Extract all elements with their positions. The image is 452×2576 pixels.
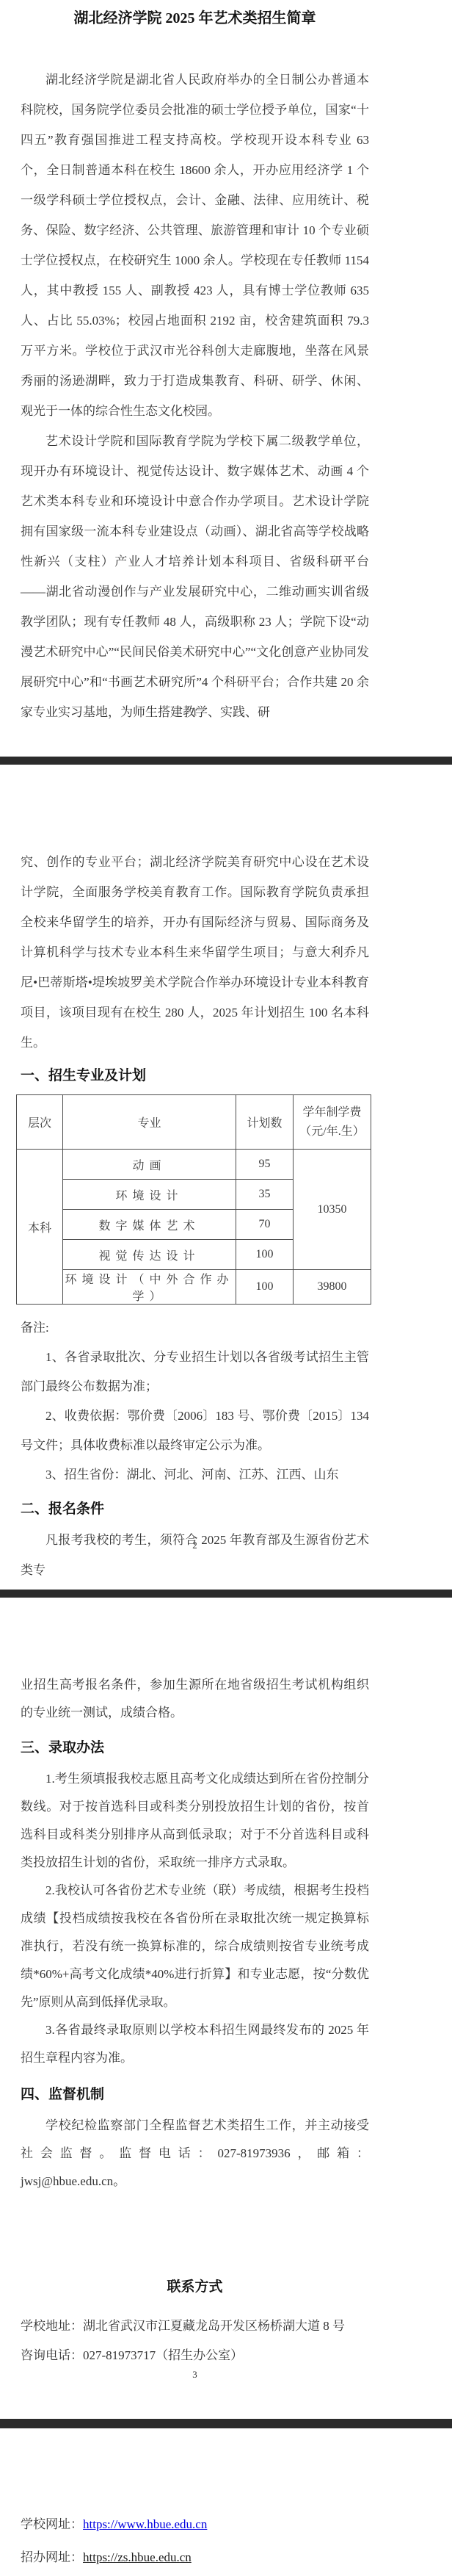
admissions-website-line: 招办网址：https://zs.hbue.edu.cn <box>21 2541 369 2574</box>
note-3: 3、招生省份：湖北、河北、河南、江苏、江西、山东 <box>21 1460 369 1490</box>
header-level: 层次 <box>17 1095 63 1150</box>
cell-major-0: 动画 <box>63 1150 236 1180</box>
section-heading-enrollment-plan: 一、招生专业及计划 <box>21 1065 369 1087</box>
contact-heading: 联系方式 <box>21 2276 369 2298</box>
application-paragraph: 凡报考我校的考生，须符合 2025 年教育部及生源省份艺术类专 <box>21 1525 369 1585</box>
header-fee: 学年制学费 （元/年.生） <box>294 1095 371 1150</box>
cell-level: 本科 <box>17 1150 63 1305</box>
supervision-paragraph: 学校纪检监察部门全程监督艺术类招生工作，并主动接受社会监督。监督电话：027-8… <box>21 2112 369 2196</box>
admission-item-1: 1.考生须填报我校志愿且高考文化成绩达到所在省份控制分数线。对于按首选科目或科类… <box>21 1765 369 1877</box>
section-heading-admission-method: 三、录取办法 <box>21 1737 369 1759</box>
cell-major-4: 环境设计（中外合作办学） <box>63 1270 236 1305</box>
cell-plan-4: 100 <box>236 1270 294 1305</box>
cell-plan-2: 70 <box>236 1210 294 1240</box>
cell-plan-3: 100 <box>236 1240 294 1270</box>
school-website-link[interactable]: https://www.hbue.edu.cn <box>83 2517 207 2531</box>
section-heading-supervision: 四、监督机制 <box>21 2084 369 2106</box>
cell-major-1: 环境设计 <box>63 1180 236 1210</box>
cell-major-2: 数字媒体艺术 <box>63 1210 236 1240</box>
document-title: 湖北经济学院 2025 年艺术类招生简章 <box>21 0 369 28</box>
continued-paragraph: 业招生高考报名条件，参加生源所在地省级招生考试机构组织的专业统一测试，成绩合格。 <box>21 1671 369 1727</box>
admissions-website-label: 招办网址： <box>21 2550 83 2564</box>
page-separator <box>0 2419 452 2428</box>
college-paragraph: 艺术设计学院和国际教育学院为学校下属二级教学单位，现开办有环境设计、视觉传达设计… <box>21 426 369 727</box>
notes-label: 备注: <box>21 1313 369 1343</box>
enrollment-plan-table: 层次 专业 计划数 学年制学费 （元/年.生） 本科 动画 95 10350 环… <box>16 1094 371 1305</box>
continued-paragraph: 究、创作的专业平台；湖北经济学院美育研究中心设在艺术设计学院，全面服务学校美育教… <box>21 847 369 1058</box>
page-separator <box>0 1590 452 1598</box>
intro-paragraph: 湖北经济学院是湖北省人民政府举办的全日制公办普通本科院校，国务院学位委员会批准的… <box>21 65 369 426</box>
table-header-row: 层次 专业 计划数 学年制学费 （元/年.生） <box>17 1095 371 1150</box>
document-viewer: 湖北经济学院 2025 年艺术类招生简章 湖北经济学院是湖北省人民政府举办的全日… <box>0 0 452 2576</box>
cell-plan-1: 35 <box>236 1180 294 1210</box>
header-fee-line2: （元/年.生） <box>295 1122 369 1141</box>
admission-item-2: 2.我校认可各省份艺术专业统（联）考成绩，根据考生投档成绩【投档成绩按我校在各省… <box>21 1877 369 2016</box>
cell-plan-0: 95 <box>236 1150 294 1180</box>
admission-item-3: 3.各省最终录取原则以学校本科招生网最终发布的 2025 年招生章程内容为准。 <box>21 2016 369 2072</box>
page-3: 业招生高考报名条件，参加生源所在地省级招生考试机构组织的专业统一测试，成绩合格。… <box>0 1598 452 2419</box>
page-number: 2 <box>21 1540 369 1551</box>
inquiry-phone: 咨询电话：027-81973717（招生办公室） <box>21 2341 369 2370</box>
cell-fee-coop: 39800 <box>294 1270 371 1305</box>
school-website-label: 学校网址： <box>21 2517 83 2531</box>
header-fee-line1: 学年制学费 <box>295 1103 369 1122</box>
note-2: 2、收费依据：鄂价费〔2006〕183 号、鄂价费〔2015〕134 号文件；具… <box>21 1401 369 1460</box>
school-address: 学校地址：湖北省武汉市江夏藏龙岛开发区杨桥湖大道 8 号 <box>21 2312 369 2341</box>
header-major: 专业 <box>63 1095 236 1150</box>
note-1: 1、各省录取批次、分专业招生计划以各省级考试招生主管部门最终公布数据为准； <box>21 1343 369 1401</box>
table-row: 环境设计（中外合作办学） 100 39800 <box>17 1270 371 1305</box>
page-4: 学校网址：https://www.hbue.edu.cn 招办网址：https:… <box>0 2428 452 2576</box>
cell-fee-main: 10350 <box>294 1150 371 1270</box>
section-heading-application: 二、报名条件 <box>21 1498 369 1520</box>
page-number: 3 <box>21 2369 369 2381</box>
page-number: 1 <box>21 707 369 718</box>
page-separator <box>0 757 452 765</box>
page-2: 究、创作的专业平台；湖北经济学院美育研究中心设在艺术设计学院，全面服务学校美育教… <box>0 765 452 1590</box>
cell-major-3: 视觉传达设计 <box>63 1240 236 1270</box>
header-plan: 计划数 <box>236 1095 294 1150</box>
admissions-website-link[interactable]: https://zs.hbue.edu.cn <box>83 2550 192 2564</box>
school-website-line: 学校网址：https://www.hbue.edu.cn <box>21 2508 369 2541</box>
page-1: 湖北经济学院 2025 年艺术类招生简章 湖北经济学院是湖北省人民政府举办的全日… <box>0 0 452 757</box>
table-row: 本科 动画 95 10350 <box>17 1150 371 1180</box>
